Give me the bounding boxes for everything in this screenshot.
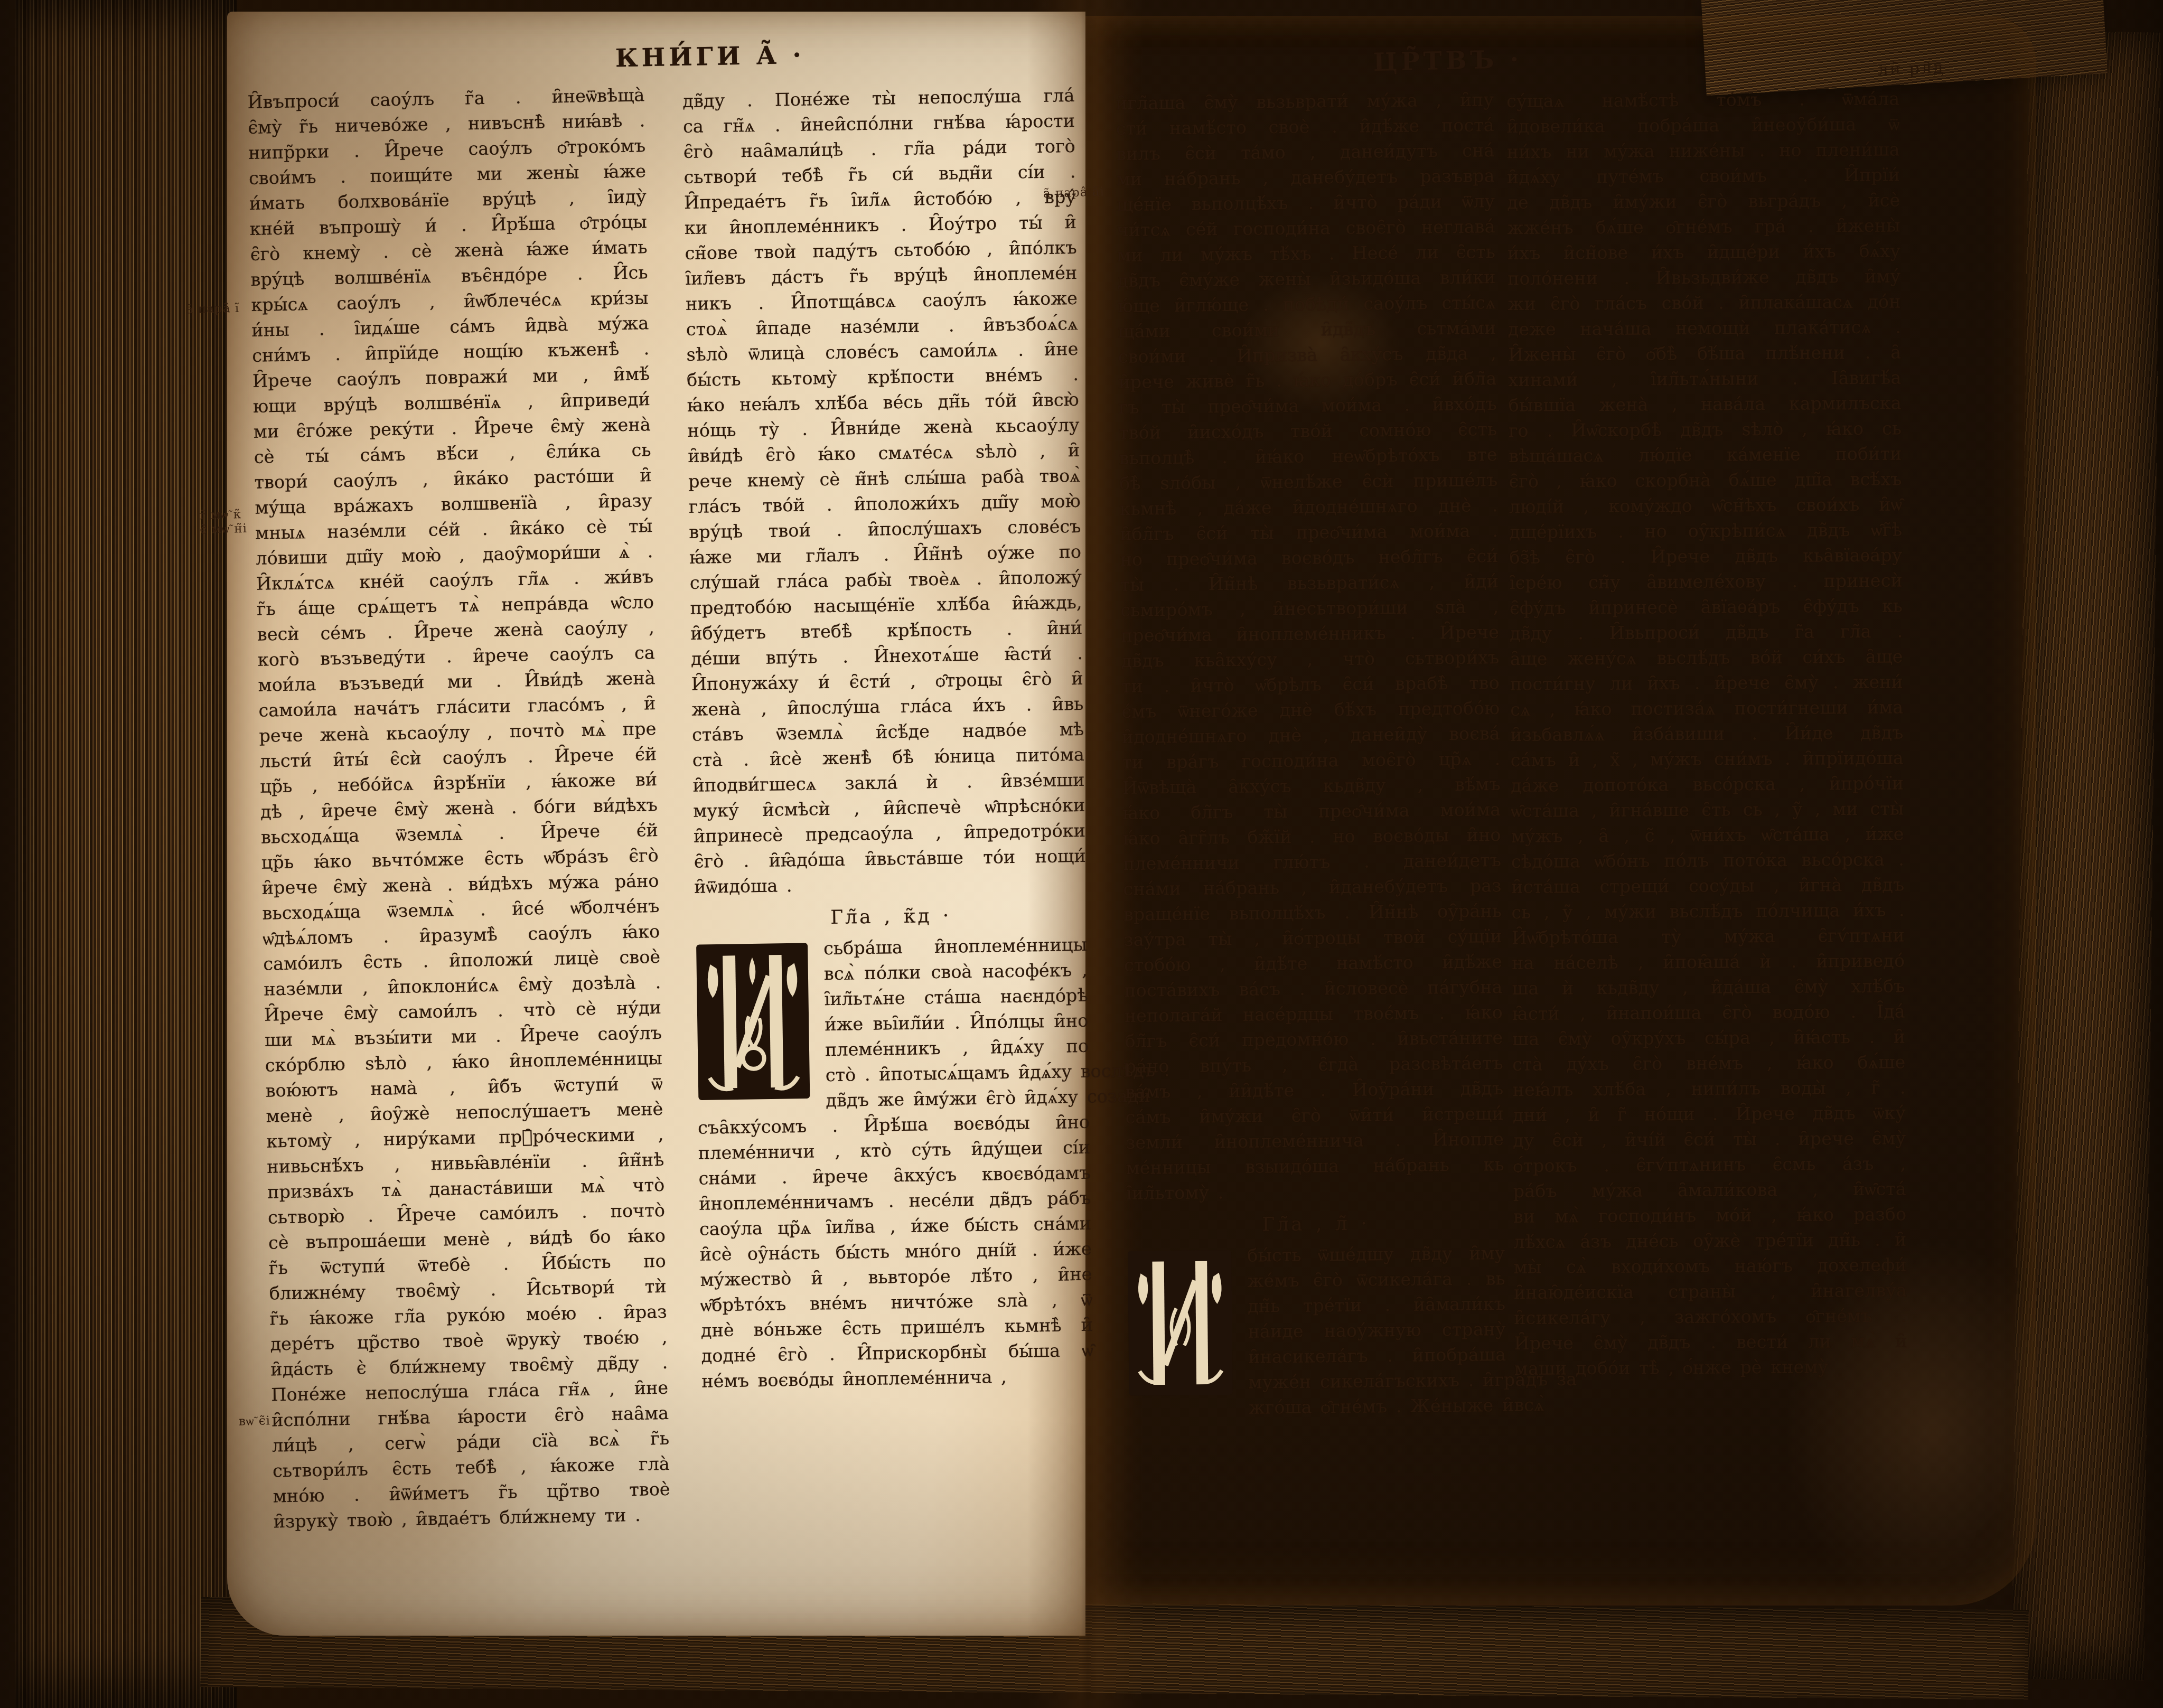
text-line: є́мъ ѿнего́же днѐ бѣ́хъ предтобо́ю: [1121, 696, 1500, 725]
text-column-right-1: и̑гл̃аша є̑му̀ вьзьврати́ му́жа , и̑пуст…: [1116, 87, 1506, 1422]
text-line: са́мъ и̑му́жи є̑го̀ ѿи̑ти́ и̑стрещи́: [1125, 1101, 1503, 1130]
text-line: бы́вшїа жена̀ , нава́ла кармилъска: [1509, 390, 1902, 418]
column-text: дв̃ду . Поне́же ты̀ непослу́ша гла́са гн…: [682, 83, 1087, 900]
text-line: земли́ и̑ноплеме́ннича . И̑нопле: [1126, 1127, 1504, 1156]
text-line: И̑жены̀ є̑го̀ ѻ̑бѣ̀ бѣ́ша плѣ́нени . а̑: [1508, 340, 1901, 368]
text-line: жго́ша ѻ̑гне́мъ . Же́ныже и̑всѧ̀: [1128, 1393, 1506, 1422]
ornate-initial-block: [695, 942, 811, 1102]
margin-note-reference: вѡ̃ є̃і: [239, 1414, 271, 1429]
margin-note-reference: а̃ пара̃ і̃: [186, 302, 240, 317]
text-line: и̑дѧ́ху путе́мъ свои́мъ . И̑прїи́: [1507, 162, 1900, 190]
text-line: вѣща́шасѧ лю́дїе ка́менїе поби́ти: [1509, 441, 1902, 469]
fore-edge-left: [15, 0, 237, 1708]
text-line: ша є̑му̀ оу̑кру́хъ сы́ра , и̑ꙗ́сть . и̑: [1512, 1024, 1905, 1052]
text-line: ме́нницы взыидо́ша на́брань кь: [1126, 1152, 1504, 1181]
text-line: ти . и̑что̀ ѡ̑брѣлъ є̑си́ врабѣ̀ тво: [1121, 670, 1500, 699]
text-line: ра́но впу́ть , є̑гда̀ разсвѣта́етъ: [1125, 1050, 1503, 1080]
text-column-left-1: И̑въпроси́ саоу́лъ г̃а . и̑неѿвѣща̀є̑му̀…: [247, 82, 671, 1534]
text-line: и́хъ и̑сн̃ове и́хъ и̑дще́ри и́хъ бѧ́ху: [1507, 238, 1900, 266]
text-line: вьполцѣ̀ . и̑ꙗ́ко неѡ̑брѣто́хъ вте: [1119, 442, 1497, 471]
text-line: а̑ще жену́сѧ вьслѣ́дъ во́й си́хъ а̑ще: [1510, 644, 1903, 672]
text-line: и̑зьбавлѧ́ѧ и̑зба́виши . И̑и́де дв̃дъ: [1510, 720, 1903, 748]
text-line: сь , у̃ , му́жи вьслѣ́дъ по́лчища и́хъ .: [1511, 897, 1904, 925]
margin-note-line: є̃ мѡ̃ н̃і: [200, 522, 247, 537]
text-line: жже́нъ бѧ́ше ѻ̑гне́мъ гра́ . и̑жены̀: [1507, 213, 1900, 241]
text-line: є̑фу́дъ и̑принесѐ а̑вїаѳа́ръ є̑фу́дъ кь: [1510, 593, 1903, 621]
text-line: и̑гл̃аша є̑му̀ вьзьврати́ му́жа , и̑пу: [1116, 87, 1494, 116]
text-line: ꙗ́ко бл̃гъ ты̀ преѻ̑чи́ма мои́ма: [1122, 797, 1501, 826]
text-line: на на́селѣ , и̑поꙗ̑ша́ ѝ . и̑приведо́: [1512, 948, 1905, 976]
text-line: дни́ , и̑ г̃ но́щи . И̑рече дв̃дъ ѿку́: [1513, 1100, 1906, 1128]
text-line: преѻ̑чи́ма и̑ноплеме́нникъ . И̑рече: [1121, 620, 1499, 649]
text-line: ста̀ ду́хъ є̑го̀ вне́мъ , ꙗ́ко бѧ́ше: [1512, 1049, 1905, 1077]
text-line: свои́ми . И̑призва̀ а̑кху́съ дв̃да ,: [1118, 341, 1496, 370]
text-line: и̑ѿидо́ша .: [694, 869, 1087, 900]
ornate-woodcut-initial-i-icon: [695, 942, 811, 1102]
text-line: бл̃гъ є̑си́ предомно́ю . и̑вьста́ните: [1125, 1025, 1503, 1054]
text-line: люді́й , кому́ждо ѡ̑сн̃ѣхъ свои́хъ и̑ѡ̑: [1509, 492, 1902, 520]
text-line: и̑додне́шнѧго днѐ , данеи̑ду̀ воєва́: [1122, 721, 1500, 750]
text-line: неполага́й насе́рдцы твоє́мъ . ꙗ́ко: [1125, 1000, 1503, 1029]
running-head-right: ЦР̃ТВЪ ·: [1373, 45, 1522, 77]
text-line: ва́мъ , и̑и̑дѣ́те . И̑оу̑ра́ни дв̃дъ: [1125, 1076, 1503, 1105]
text-line: хинами́ , і̑ил̃ьтѧ́ныни . Іа̑вигѣ́а: [1508, 365, 1901, 393]
text-line: бз̃ѣ є̑го̀ . И̑рече дв̃дъ кьа̑вїаѳа́ру: [1509, 542, 1902, 570]
text-line: дще́рїихъ . но оу̑крѣпи́сѧ дв̃дъ ѡ̑г̃ѣ: [1509, 517, 1902, 545]
text-column-right-2: су́щаѧ намѣ́стѣ то́мъ . ѿма́лаи̑довели́к…: [1506, 86, 1907, 1381]
text-line: И̑ѿвѣща̀ а̑кху́съ кьдв̃ду , вѣ́мъ: [1122, 772, 1500, 801]
text-line: и̑рече живѐ г̃ь . ꙗ́ко до́бръ є̑си́ и̑бл…: [1118, 366, 1496, 395]
text-line: поста́вихъ ва́съ . и̑словесѐ па́губна: [1124, 974, 1502, 1003]
text-line: му́жъ , а̑ , с̃ , ѿни́хъ ѡ̑ста́ша , и́же: [1511, 821, 1904, 849]
text-line: і̑єре́ю сн̃у а̑вимеле́хову . принесѝ: [1510, 568, 1903, 596]
text-line: є̑го̀ , ꙗ́ко скорбна̀ бѧ́ше дш̃а всѣ́хъ: [1509, 466, 1902, 494]
chapter-heading: Гл̃а , к̃д ·: [695, 902, 1087, 933]
margin-note-line: г̃ мѡ̃ к̃: [199, 508, 247, 523]
text-line: маши добо́и тѣ̀ , ѻ́нже рѐ кнему̀: [1514, 1354, 1907, 1382]
text-line: дв̃дъ є̑му́же жены̀ и̑зьидо́ша вли́ки: [1117, 265, 1495, 294]
text-line: дв̃ду . И̑вьпроси́ дв̃дъ г̃а гл̃а .: [1510, 618, 1903, 646]
text-line: поло́нени . И̑вьзьдви́же дв̃дъ и̑му́: [1507, 264, 1900, 292]
text-line: сти́ намѣ́сто своѐ . и̑дѣ́же поста́: [1116, 112, 1494, 142]
folio-number: ли̑ рл̃д: [1877, 58, 1945, 79]
text-line: да́же допото́ка вьсо́рска , и̑про́чїи: [1511, 771, 1904, 799]
text-line: но преѻ̑чи́ма воєво́дъ небл̃гъ є̑си́: [1120, 543, 1498, 573]
text-line: ни́хъ ни му́жа ниже́ны . но плени́ша: [1507, 137, 1900, 165]
text-line: жи є̑го̀ гла́съ сво́й . и̑плака́шасѧ до́…: [1507, 289, 1900, 317]
text-line: и̑ста́ша стрещи́ сосу́ды , и̑гна̀ дв̃дъ: [1511, 872, 1904, 900]
text-column-left-2: дв̃ду . Поне́же ты̀ непослу́ша гла́са гн…: [682, 83, 1094, 1394]
text-line: вилъ є̑сѝ та́мо , данеи́дутъ сна́: [1116, 138, 1494, 167]
text-line: ду є̑сѝ , и̑чі́й є̑си́ ты̀ . и̑рече є̑му…: [1513, 1125, 1906, 1153]
text-line: гъ ты̀ преѻ̑чи́ма мои́ма . и̑вхо́дъ: [1119, 391, 1497, 420]
text-line: тво́й и̑исхо́дъ тво́й сомно́ю є̑сть: [1119, 417, 1497, 446]
text-line: и̑сикела́гу , зажго́хомъ ѻ̑гне́мъ .: [1514, 1303, 1907, 1331]
text-line: чи́тсѧ се́й господи́на своє̑го̀ неглава́: [1117, 214, 1495, 243]
text-line: і̑ил̃ьтому̀ .: [1126, 1177, 1504, 1206]
text-line: сѧ , ꙗ́ко постиза́ѧ пости́гнеши и́ма: [1510, 695, 1903, 722]
text-line: неꙗ́лъ хлѣ́ба , нипи́лъ воды̀ , г̃ .: [1512, 1075, 1905, 1103]
text-line: ти вра́гъ господи́на моє̑го̀ цр̃ѧ .: [1122, 746, 1500, 775]
text-line: ша ѝ кьдв̃ду , и̑да́ша є̑му̀ хлѣ́бъ: [1512, 973, 1905, 1001]
text-line: ты̀ . И̑н̃нѣ вьзьврати́сѧ , и̑ди́: [1120, 569, 1499, 598]
text-line: ѻ́трокъ . є̑гѵ́птѧнинъ є̑смь а́зъ ,: [1513, 1151, 1906, 1179]
text-line: ви мѧ̀ господи́нъ мо́й , ꙗ́ко разбо: [1513, 1202, 1906, 1230]
text-line: де дв̃дъ и̑му́жи є̑го̀ вьгра́дъ , и̑сѐ: [1507, 187, 1900, 215]
text-line: сна́ми на́брань , и̑данебу́детъ раз: [1123, 873, 1501, 902]
text-line: сѣдо́ша ѡ̑бо́нъ по́лъ пото́ка вьсо́рска …: [1511, 847, 1904, 875]
text-line: пости́гну ли и̑хъ . и̑рече є̑му̀ . жени́: [1510, 669, 1903, 697]
text-line: враще́нїе вьполцѣ́хъ . И̑н̃нѣ оу̑ра́нь: [1123, 898, 1502, 927]
book-photo: КНИ́ГИ А̃ · ЦР̃ТВЪ · ли̑ рл̃д а̃ пара̃ і…: [0, 0, 2163, 1708]
text-line: ра́бъ му́жа а̑мали́кова , и̑ѡ̑ста́: [1513, 1176, 1906, 1204]
text-line: ще́нїе вьполцѣ́хъ . и̑что̀ ра́ди ѿлу: [1117, 189, 1495, 218]
text-line: ми на́брань , данебу́детъ разъвра: [1116, 163, 1494, 192]
running-head-left: КНИ́ГИ А̃ ·: [615, 41, 806, 73]
text-line: дв̃дъ кьа̑кху́су , что̀ сьтвори́хъ: [1121, 645, 1499, 674]
text-line: мы̀ сѧ̀ входи́хомъ наю́гъ дохелефи́: [1513, 1252, 1906, 1280]
margin-note-reference: г̃ мѡ̃ к̃ є̃ мѡ̃ н̃і: [199, 508, 247, 537]
text-line: стобо́ю , и̑дѣ́те намѣ́сто и̑дѣ́же: [1124, 949, 1502, 978]
text-line: ми ли му́жъ тѣ́хъ . Несе́ ли є̑сть: [1117, 239, 1495, 268]
text-line: И̑рече є̑му̀ дв̃дъ . вести́ ли мѧ̀ и̑: [1514, 1328, 1907, 1356]
text-line: лѣ́хсѧ а́зъ дне́сь оу̑жѐ тре́тїи дн̃ь . …: [1513, 1227, 1906, 1255]
chapter-heading: Гл̃а , л̃ ·: [1126, 1210, 1504, 1239]
text-line: и̑наю̑де́искїа страны̀ , и̑нагелву́а: [1514, 1278, 1907, 1306]
column-text: И̑въпроси́ саоу́лъ г̃а . и̑неѿвѣща̀є̑му̀…: [247, 82, 671, 1534]
ornate-initial-block: [1127, 1249, 1234, 1397]
text-line: бѣ̀ ѕло́бы , ѿнелѣ́же є̑сѝ прише́лъ: [1119, 467, 1497, 496]
text-line: ща́ми свои́ми и̑дв̃дъ сьтма́ми: [1118, 315, 1496, 344]
text-line: ю́ще и̑глю́ще . побѣди́ саоу́лъ сты́сѧ: [1118, 290, 1496, 319]
text-line: и̑бл̃гъ є̑си́ ты̀ преѻ̑чи́ма мои́ма .: [1120, 518, 1498, 547]
column-text: су́щаѧ намѣ́стѣ то́мъ . ѿма́лаи̑довели́к…: [1506, 86, 1907, 1381]
text-line: сьмиро́мъ , и̑несьтвори́ши ѕла̀ ,: [1120, 594, 1499, 623]
text-line: деже нача́ша немощѝ плака́тисѧ .: [1508, 314, 1901, 342]
text-line: ꙗ́ко а̑гг̃лъ бж̃їй . но воєво́ды и̑но: [1122, 822, 1501, 851]
text-line: и̑довели́ка побра́ша и̑неоу̑би́ша ѿ: [1506, 111, 1899, 139]
column-text: и̑гл̃аша є̑му̀ вьзьврати́ му́жа , и̑пуст…: [1116, 87, 1504, 1206]
text-line: племе́нничи глю́тъ . данеи́детъ: [1123, 848, 1501, 877]
text-line: ꙗ̑сти́ , и̑напои́ша є̑го̀ водо́ю . І̑да́: [1512, 999, 1905, 1027]
text-line: ѡ̑ста́ша , и̑гна́вше є̑ть сь , у̃ , ми с…: [1511, 796, 1904, 824]
text-line: са́мъ и̑ , х̃ , му́жъ сни́мъ . и̑прїидо́…: [1511, 745, 1904, 773]
text-line: го . И̑ѡ̑скорбѣ̀ дв̃дъ ѕѣло̀ , ꙗ́ко сь: [1509, 416, 1902, 444]
ornate-woodcut-initial-i-icon: [1127, 1249, 1234, 1397]
text-line: су́щаѧ намѣ́стѣ то́мъ . ѿма́ла: [1506, 86, 1899, 114]
text-line: И̑ѡ̑брѣто́ша ту̀ му́жа є̑гѵ́птѧни: [1512, 923, 1905, 951]
text-line: кьмнѣ̀ , да́же и̑додне́шнѧго днѐ .: [1119, 493, 1497, 522]
text-line: зау́тра ты̀ , и̑ѻ́троцы твоѝ су́щїи: [1123, 924, 1502, 953]
